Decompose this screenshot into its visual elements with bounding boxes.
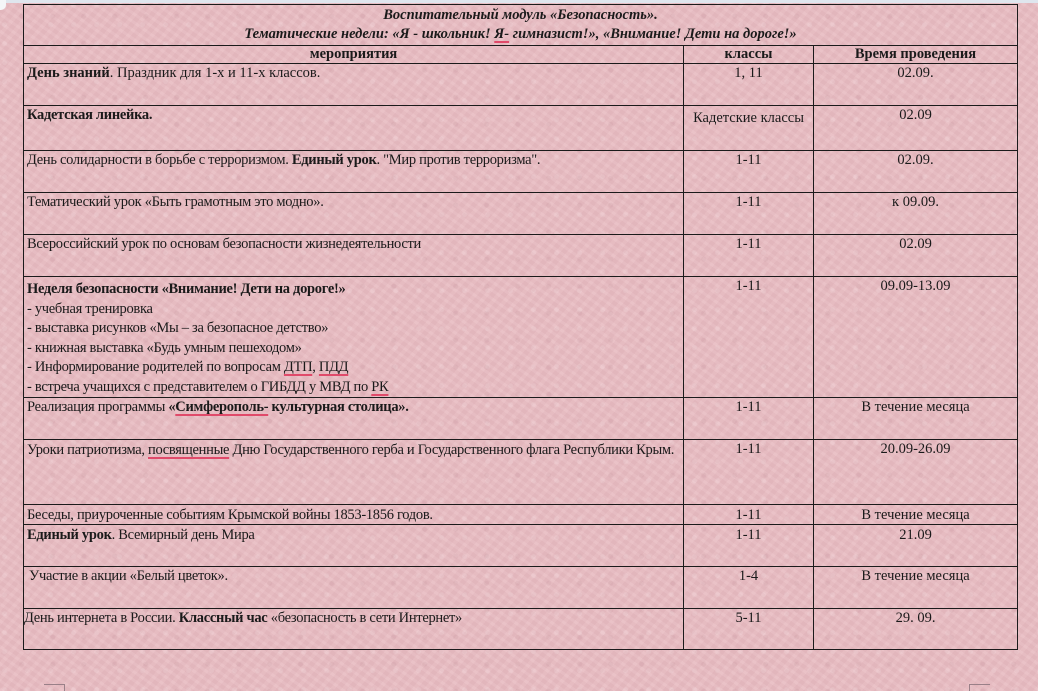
table-row: Тематический урок «Быть грамотным это мо… [24,193,1018,235]
column-header-classes: классы [684,46,814,64]
table-row: Кадетская линейка. Кадетские классы 02.0… [24,106,1018,151]
classes-cell: Кадетские классы [684,106,814,151]
page-corner-marker [969,684,990,691]
classes-cell: 5-11 [684,609,814,650]
column-header-time: Время проведения [814,46,1018,64]
time-cell: к 09.09. [814,193,1018,235]
event-cell: Тематический урок «Быть грамотным это мо… [24,193,684,235]
table-header-row: мероприятия классы Время проведения [24,46,1018,64]
sub-item: - учебная тренировка [27,300,680,320]
table-row: Единый урок. Всемирный день Мира 1-11 21… [24,525,1018,567]
event-cell: Участие в акции «Белый цветок». [24,567,684,609]
event-cell: Кадетская линейка. [24,106,684,151]
column-header-events: мероприятия [24,46,684,64]
event-cell: Реализация программы «Симферополь- культ… [24,398,684,440]
time-cell: 02.09. [814,64,1018,106]
event-cell: Всероссийский урок по основам безопаснос… [24,235,684,277]
sub-item: - Информирование родителей по вопросам Д… [27,358,680,378]
table-row: Уроки патриотизма, посвященные Дню Госуд… [24,440,1018,505]
classes-cell: 1-11 [684,151,814,193]
table-row: Реализация программы «Симферополь- культ… [24,398,1018,440]
time-cell: 29. 09. [814,609,1018,650]
classes-cell: 1-11 [684,235,814,277]
sub-item: - встреча учащихся с представителем о ГИ… [27,378,680,398]
page-corner-marker [44,684,65,691]
time-cell: 02.09 [814,235,1018,277]
table-row: Беседы, приуроченные событиям Крымской в… [24,505,1018,525]
time-cell: 09.09-13.09 [814,277,1018,398]
time-cell: В течение месяца [814,505,1018,525]
table-row: День знаний. Праздник для 1-х и 11-х кла… [24,64,1018,106]
window-corner [0,0,6,10]
time-cell: 21.09 [814,525,1018,567]
table-row: Участие в акции «Белый цветок». 1-4 В те… [24,567,1018,609]
classes-cell: 1-11 [684,193,814,235]
table-title: Воспитательный модуль «Безопасность». Те… [24,5,1018,46]
event-plan-table: Воспитательный модуль «Безопасность». Те… [23,4,1018,650]
thematic-weeks-title: Тематические недели: «Я - школьник! Я- г… [27,25,1014,44]
event-cell: День знаний. Праздник для 1-х и 11-х кла… [24,64,684,106]
classes-cell: 1-11 [684,398,814,440]
classes-cell: 1-11 [684,525,814,567]
event-cell: Уроки патриотизма, посвященные Дню Госуд… [24,440,684,505]
table-row: Всероссийский урок по основам безопаснос… [24,235,1018,277]
time-cell: 02.09. [814,151,1018,193]
event-cell: Беседы, приуроченные событиям Крымской в… [24,505,684,525]
time-cell: В течение месяца [814,398,1018,440]
event-cell: День солидарности в борьбе с терроризмом… [24,151,684,193]
time-cell: В течение месяца [814,567,1018,609]
sub-item: - выставка рисунков «Мы – за безопасное … [27,319,680,339]
event-cell: Неделя безопасности «Внимание! Дети на д… [24,277,684,398]
classes-cell: 1-11 [684,277,814,398]
time-cell: 02.09 [814,106,1018,151]
table-row: Неделя безопасности «Внимание! Дети на д… [24,277,1018,398]
table-row: День интернета в России. Классный час «б… [24,609,1018,650]
classes-cell: 1-4 [684,567,814,609]
module-title: Воспитательный модуль «Безопасность». [27,6,1014,25]
event-heading: Неделя безопасности «Внимание! Дети на д… [27,280,680,300]
event-cell: День интернета в России. Классный час «б… [24,609,684,650]
time-cell: 20.09-26.09 [814,440,1018,505]
table-title-row: Воспитательный модуль «Безопасность». Те… [24,5,1018,46]
event-cell: Единый урок. Всемирный день Мира [24,525,684,567]
classes-cell: 1, 11 [684,64,814,106]
classes-cell: 1-11 [684,505,814,525]
sub-item: - книжная выставка «Будь умным пешеходом… [27,339,680,359]
table-row: День солидарности в борьбе с терроризмом… [24,151,1018,193]
classes-cell: 1-11 [684,440,814,505]
window-top-edge [0,0,1038,3]
